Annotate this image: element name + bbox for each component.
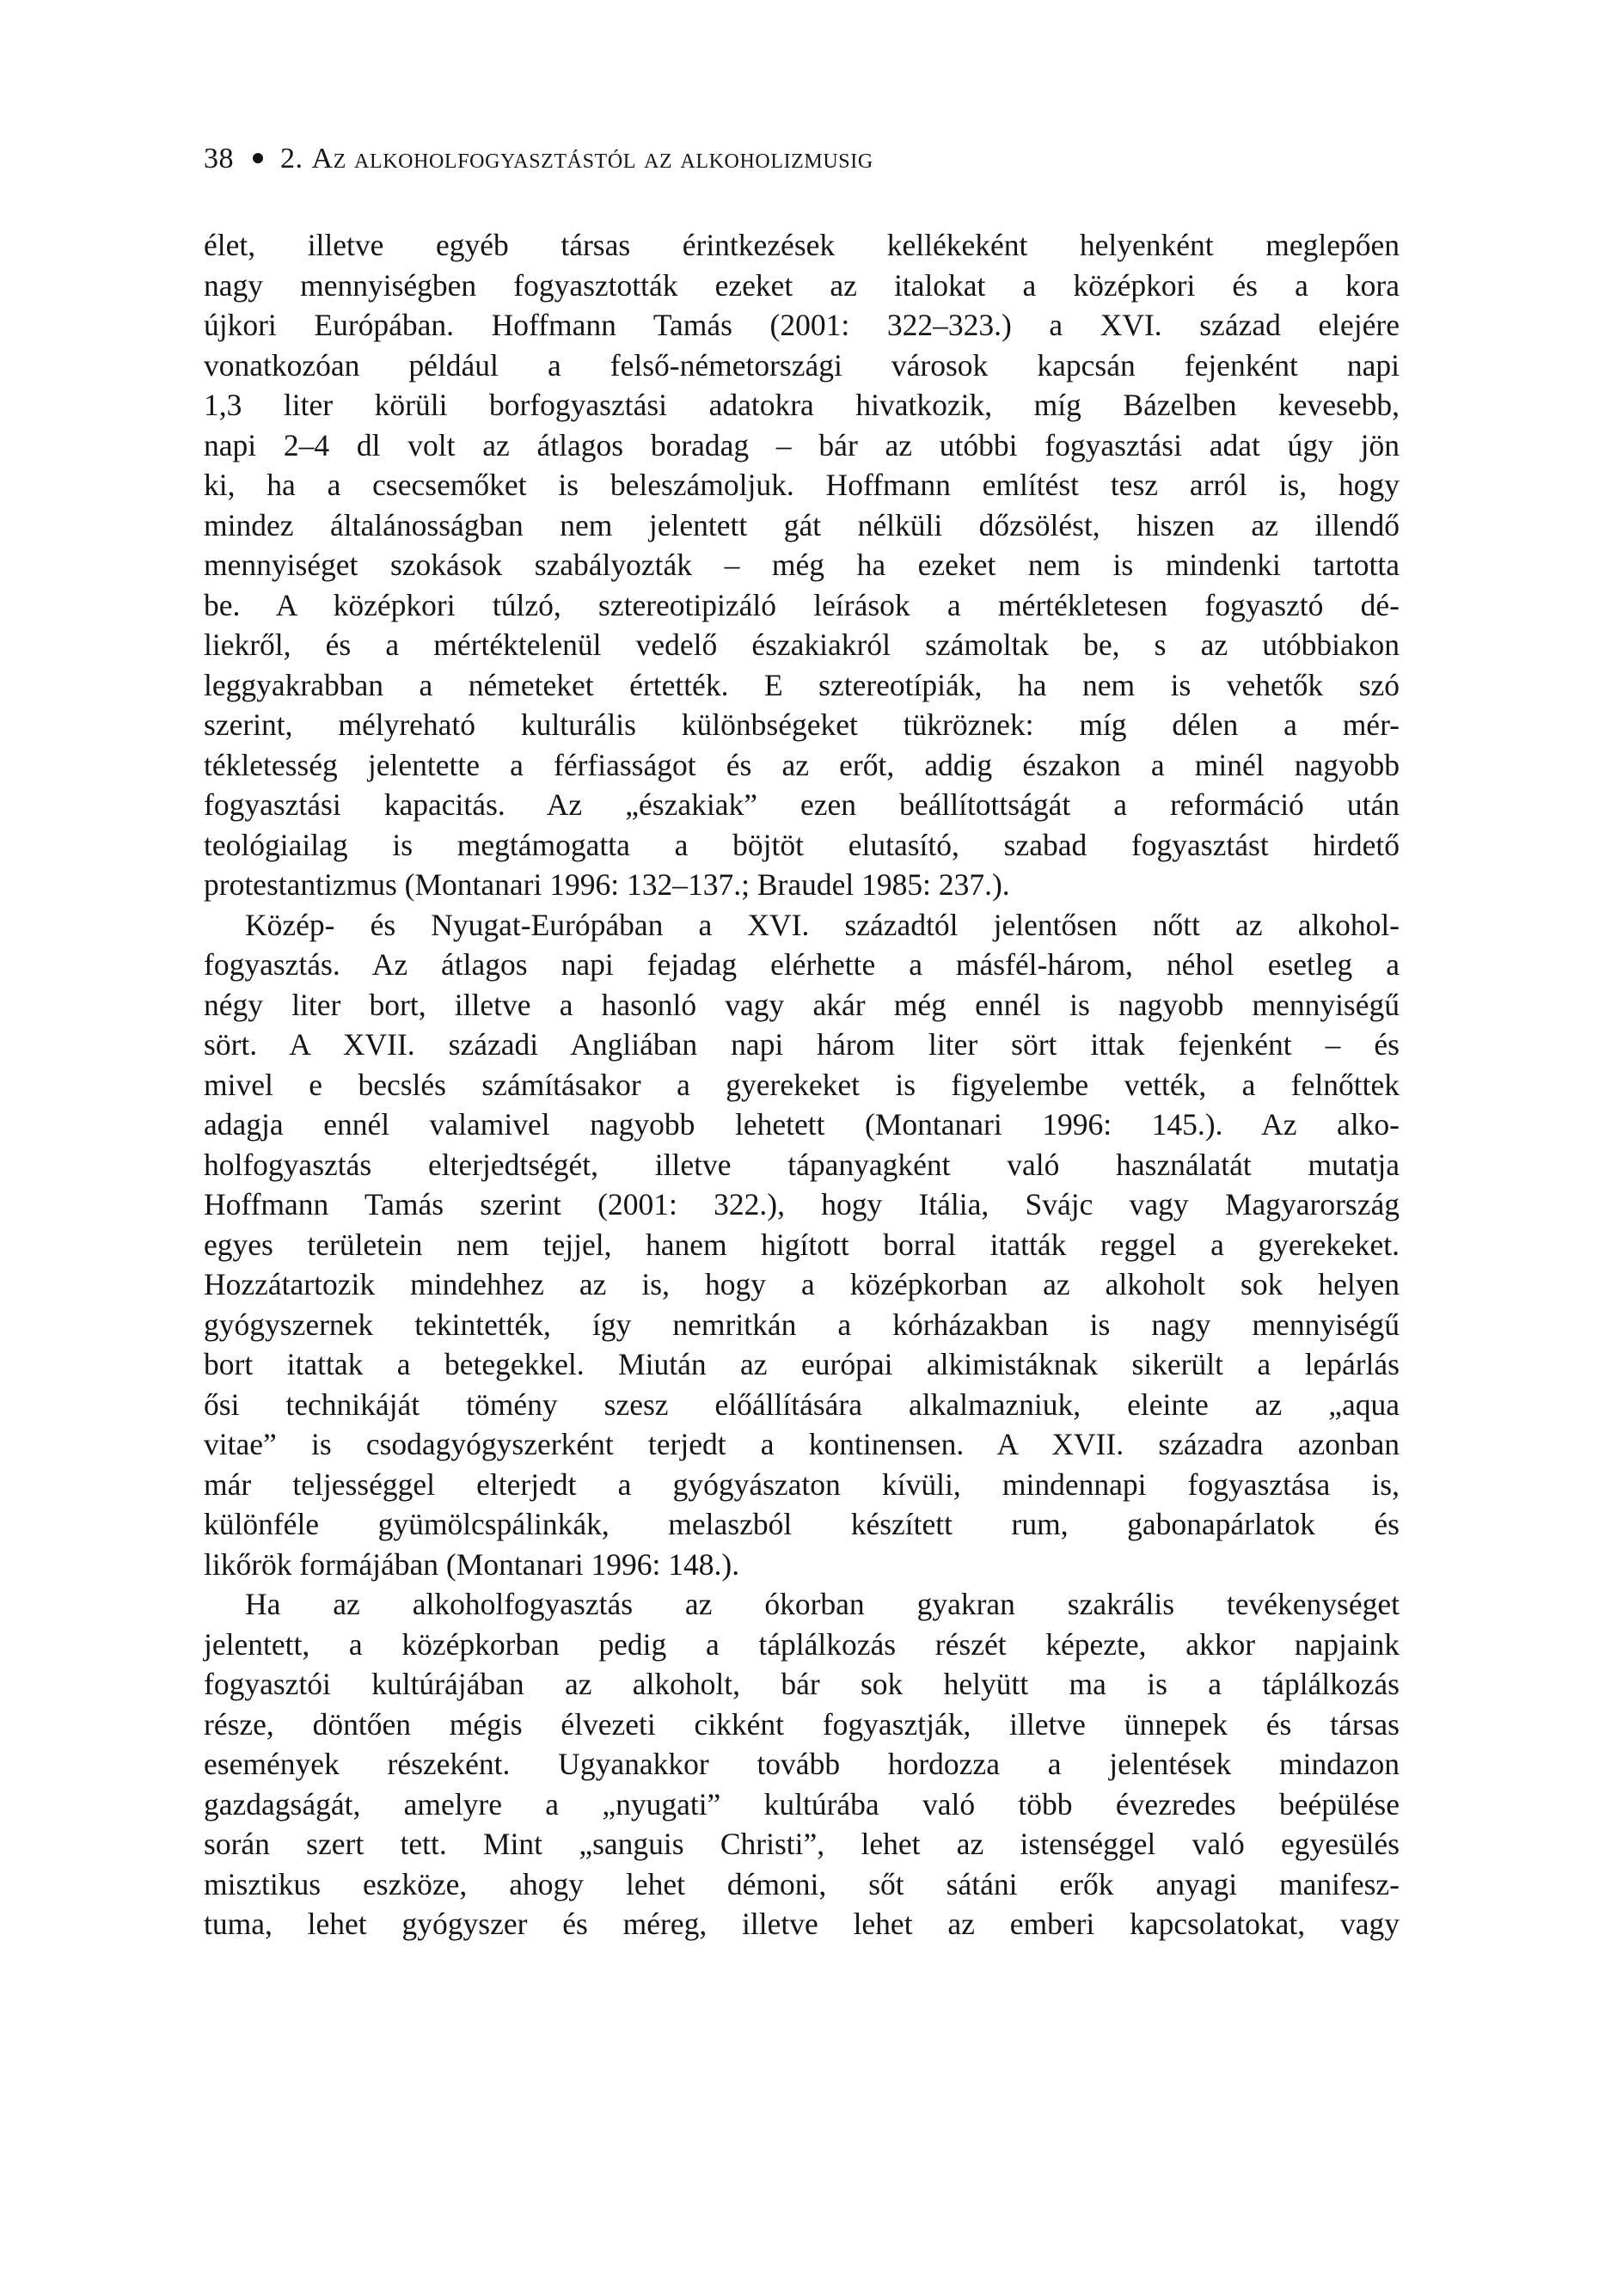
text-line-content: különféle gyümölcspálinkák, melaszból ké… (204, 1504, 1400, 1545)
text-line-content: során szert tett. Mint „sanguis Christi”… (204, 1824, 1400, 1864)
text-line: gyógyszernek tekintették, így nemritkán … (204, 1305, 1400, 1345)
chapter-title: Az alkoholfogyasztástól az alkoholizmusi… (312, 143, 873, 174)
text-line-content: leggyakrabban a németeket értették. E sz… (204, 665, 1400, 706)
text-line: holfogyasztás elterjedtségét, illetve tá… (204, 1145, 1400, 1185)
text-line: nagy mennyiségben fogyasztották ezeket a… (204, 266, 1400, 306)
text-line: már teljességgel elterjedt a gyógyászato… (204, 1465, 1400, 1505)
text-line-content: tuma, lehet gyógyszer és méreg, illetve … (204, 1904, 1400, 1944)
text-line: négy liter bort, illetve a hasonló vagy … (204, 985, 1400, 1026)
text-line: Hozzátartozik mindehhez az is, hogy a kö… (204, 1264, 1400, 1305)
text-line-content: vonatkozóan például a felső-németországi… (204, 346, 1400, 386)
text-line: része, döntően mégis élvezeti cikként fo… (204, 1705, 1400, 1745)
text-line-content: mivel e becslés számításakor a gyerekeke… (204, 1065, 1400, 1105)
text-line-content: szerint, mélyreható kulturális különbség… (204, 705, 1400, 745)
text-line: liekről, és a mértéktelenül vedelő észak… (204, 625, 1400, 665)
text-line: adagja ennél valamivel nagyobb lehetett … (204, 1105, 1400, 1145)
body-text: élet, illetve egyéb társas érintkezések … (204, 225, 1400, 1944)
text-line-content: nagy mennyiségben fogyasztották ezeket a… (204, 266, 1400, 306)
text-line-content: vitae” is csodagyógyszerként terjedt a k… (204, 1424, 1400, 1465)
text-line: egyes területein nem tejjel, hanem higít… (204, 1225, 1400, 1265)
text-line-content: események részeként. Ugyanakkor tovább h… (204, 1744, 1400, 1785)
text-line: mennyiséget szokások szabályozták – még … (204, 545, 1400, 585)
text-line-content: Közép- és Nyugat-Európában a XVI. század… (245, 905, 1400, 946)
text-line-content: Ha az alkoholfogyasztás az ókorban gyakr… (245, 1584, 1400, 1625)
text-line: Közép- és Nyugat-Európában a XVI. század… (204, 905, 1400, 946)
text-line: mivel e becslés számításakor a gyerekeke… (204, 1065, 1400, 1105)
text-line-content: sört. A XVII. századi Angliában napi hár… (204, 1025, 1400, 1065)
text-line-content: része, döntően mégis élvezeti cikként fo… (204, 1705, 1400, 1745)
text-line-content: jelentett, a középkorban pedig a táplálk… (204, 1625, 1400, 1665)
text-line: gazdagságát, amelyre a „nyugati” kultúrá… (204, 1785, 1400, 1825)
text-line: napi 2–4 dl volt az átlagos boradag – bá… (204, 426, 1400, 466)
text-line: fogyasztói kultúrájában az alkoholt, bár… (204, 1664, 1400, 1705)
text-line-content: egyes területein nem tejjel, hanem higít… (204, 1225, 1400, 1265)
text-line-content: 1,3 liter körüli borfogyasztási adatokra… (204, 385, 1400, 426)
paragraph-1: élet, illetve egyéb társas érintkezések … (204, 225, 1400, 905)
text-line: események részeként. Ugyanakkor tovább h… (204, 1744, 1400, 1785)
text-line: újkori Európában. Hoffmann Tamás (2001: … (204, 305, 1400, 346)
chapter-number: 2. (280, 143, 303, 174)
text-line-content: Hoffmann Tamás szerint (2001: 322.), hog… (204, 1185, 1400, 1225)
text-line: Ha az alkoholfogyasztás az ókorban gyakr… (204, 1584, 1400, 1625)
text-line: fogyasztás. Az átlagos napi fejadag elér… (204, 945, 1400, 985)
text-line: tuma, lehet gyógyszer és méreg, illetve … (204, 1904, 1400, 1944)
text-line: 1,3 liter körüli borfogyasztási adatokra… (204, 385, 1400, 426)
running-head: 382.Az alkoholfogyasztástól az alkoholiz… (204, 138, 873, 181)
text-line-content: gyógyszernek tekintették, így nemritkán … (204, 1305, 1400, 1345)
text-line: jelentett, a középkorban pedig a táplálk… (204, 1625, 1400, 1665)
text-line: leggyakrabban a németeket értették. E sz… (204, 665, 1400, 706)
text-line-content: bort itattak a betegekkel. Miután az eur… (204, 1344, 1400, 1385)
text-line-content: fogyasztás. Az átlagos napi fejadag elér… (204, 945, 1400, 985)
text-line: élet, illetve egyéb társas érintkezések … (204, 225, 1400, 266)
text-line-content: be. A középkori túlzó, sztereotipizáló l… (204, 585, 1400, 626)
text-line: likőrök formájában (Montanari 1996: 148.… (204, 1545, 1400, 1585)
text-line: vonatkozóan például a felső-németországi… (204, 346, 1400, 386)
text-line: szerint, mélyreható kulturális különbség… (204, 705, 1400, 745)
text-line: bort itattak a betegekkel. Miután az eur… (204, 1344, 1400, 1385)
text-line: Hoffmann Tamás szerint (2001: 322.), hog… (204, 1185, 1400, 1225)
paragraph-2: Közép- és Nyugat-Európában a XVI. század… (204, 905, 1400, 1585)
text-line-content: ki, ha a csecsemőket is beleszámoljuk. H… (204, 465, 1400, 505)
text-line: különféle gyümölcspálinkák, melaszból ké… (204, 1504, 1400, 1545)
text-line-content: likőrök formájában (Montanari 1996: 148.… (204, 1545, 1400, 1585)
paragraph-3: Ha az alkoholfogyasztás az ókorban gyakr… (204, 1584, 1400, 1944)
text-line-content: fogyasztási kapacitás. Az „északiak” eze… (204, 785, 1400, 825)
text-line-content: holfogyasztás elterjedtségét, illetve tá… (204, 1145, 1400, 1185)
text-line: be. A középkori túlzó, sztereotipizáló l… (204, 585, 1400, 626)
text-line-content: protestantizmus (Montanari 1996: 132–137… (204, 865, 1400, 905)
text-line-content: ősi technikáját tömény szesz előállításá… (204, 1385, 1400, 1425)
text-line-content: adagja ennél valamivel nagyobb lehetett … (204, 1105, 1400, 1145)
text-line-content: Hozzátartozik mindehhez az is, hogy a kö… (204, 1264, 1400, 1305)
text-line: ki, ha a csecsemőket is beleszámoljuk. H… (204, 465, 1400, 505)
text-line-content: napi 2–4 dl volt az átlagos boradag – bá… (204, 426, 1400, 466)
text-line: ősi technikáját tömény szesz előállításá… (204, 1385, 1400, 1425)
text-line: teológiailag is megtámogatta a böjtöt el… (204, 825, 1400, 866)
page-number: 38 (204, 143, 234, 174)
text-line: fogyasztási kapacitás. Az „északiak” eze… (204, 785, 1400, 825)
bullet-icon (253, 153, 263, 163)
text-line-content: újkori Európában. Hoffmann Tamás (2001: … (204, 305, 1400, 346)
text-line: mindez általánosságban nem jelentett gát… (204, 505, 1400, 546)
text-line-content: fogyasztói kultúrájában az alkoholt, bár… (204, 1664, 1400, 1705)
text-line: misztikus eszköze, ahogy lehet démoni, s… (204, 1864, 1400, 1905)
text-line-content: liekről, és a mértéktelenül vedelő észak… (204, 625, 1400, 665)
text-line-content: misztikus eszköze, ahogy lehet démoni, s… (204, 1864, 1400, 1905)
text-line-content: négy liter bort, illetve a hasonló vagy … (204, 985, 1400, 1026)
text-line-content: tékletesség jelentette a férfiasságot és… (204, 745, 1400, 786)
text-line-content: már teljességgel elterjedt a gyógyászato… (204, 1465, 1400, 1505)
text-line: során szert tett. Mint „sanguis Christi”… (204, 1824, 1400, 1864)
text-line-content: mindez általánosságban nem jelentett gát… (204, 505, 1400, 546)
text-line: sört. A XVII. századi Angliában napi hár… (204, 1025, 1400, 1065)
text-line-content: mennyiséget szokások szabályozták – még … (204, 545, 1400, 585)
text-line: tékletesség jelentette a férfiasságot és… (204, 745, 1400, 786)
text-line-content: gazdagságát, amelyre a „nyugati” kultúrá… (204, 1785, 1400, 1825)
text-line-content: élet, illetve egyéb társas érintkezések … (204, 225, 1400, 266)
text-line: vitae” is csodagyógyszerként terjedt a k… (204, 1424, 1400, 1465)
text-line: protestantizmus (Montanari 1996: 132–137… (204, 865, 1400, 905)
text-line-content: teológiailag is megtámogatta a böjtöt el… (204, 825, 1400, 866)
